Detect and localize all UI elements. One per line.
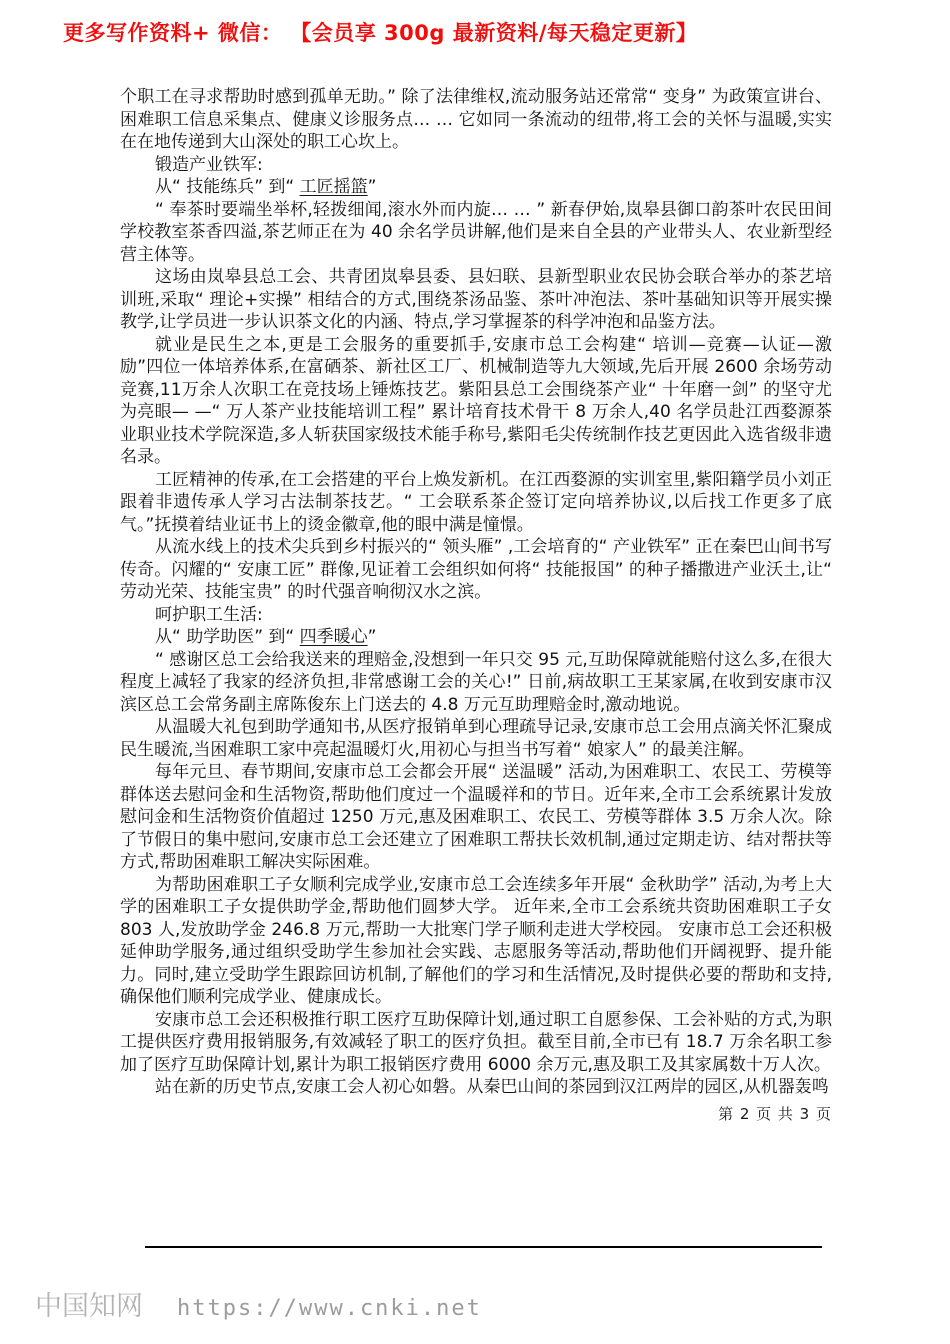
promo-banner-text: 更多写作资料+ 微信： 【会员享 300g 最新资料/每天稳定更新】: [63, 17, 697, 47]
text-run: 站在新的历史节点,安康工会人初心如磐。从秦巴山间的茶园到汉江两岸的园区,从机器轰…: [155, 1077, 829, 1097]
document-body: 个职工在寻求帮助时感到孤单无助。” 除了法律维权,流动服务站还常常“ 变身” 为…: [120, 86, 832, 1099]
text-run: 为帮助困难职工子女顺利完成学业,安康市总工会连续多年开展“ 金秋助学” 活动,为…: [120, 875, 832, 1008]
section-heading: 锻造产业铁军:: [120, 154, 832, 177]
text-run: 锻造产业铁军:: [155, 155, 263, 175]
text-run: 就业是民生之本,更是工会服务的重要抓手,安康市总工会构建“ 培训—竞赛—认证—激…: [120, 335, 832, 468]
body-paragraph: 个职工在寻求帮助时感到孤单无助。” 除了法律维权,流动服务站还常常“ 变身” 为…: [120, 86, 832, 154]
cnki-watermark: 中国知网 https://www.cnki.net: [35, 1284, 482, 1323]
text-run: “ 奉茶时要端坐举杯,轻拨细闻,滚水外而内旋… … ” 新春伊始,岚皋县御口韵茶…: [120, 200, 832, 265]
text-run: ”: [368, 177, 377, 197]
text-run: ”: [368, 627, 377, 647]
text-run: 个职工在寻求帮助时感到孤单无助。” 除了法律维权,流动服务站还常常“ 变身” 为…: [120, 87, 832, 152]
text-run: 呵护职工生活:: [155, 605, 263, 625]
section-heading: 从“ 技能练兵” 到“ 工匠摇篮”: [120, 176, 832, 199]
text-run: 从流水线上的技术尖兵到乡村振兴的“ 领头雁” ,工会培育的“ 产业铁军” 正在秦…: [120, 537, 832, 602]
footer-divider: [145, 1246, 822, 1248]
cnki-logo-text: 中国知网: [35, 1284, 143, 1323]
body-paragraph: 为帮助困难职工子女顺利完成学业,安康市总工会连续多年开展“ 金秋助学” 活动,为…: [120, 874, 832, 1009]
body-paragraph: “ 奉茶时要端坐举杯,轻拨细闻,滚水外而内旋… … ” 新春伊始,岚皋县御口韵茶…: [120, 199, 832, 267]
body-paragraph: 每年元旦、春节期间,安康市总工会都会开展“ 送温暖” 活动,为困难职工、农民工、…: [120, 761, 832, 874]
text-run: 从“ 助学助医” 到“: [155, 627, 300, 647]
document-page: 更多写作资料+ 微信： 【会员享 300g 最新资料/每天稳定更新】 个职工在寻…: [0, 0, 950, 1344]
body-paragraph: “ 感谢区总工会给我送来的理赔金,没想到一年只交 95 元,互助保障就能赔付这么…: [120, 649, 832, 717]
text-run: 工匠精神的传承,在工会搭建的平台上焕发新机。在江西婺源的实训室里,紫阳籍学员小刘…: [120, 470, 832, 535]
text-run: 从“ 技能练兵” 到“: [155, 177, 300, 197]
section-heading: 从“ 助学助医” 到“ 四季暖心”: [120, 626, 832, 649]
body-paragraph: 这场由岚皋县总工会、共青团岚皋县委、县妇联、县新型职业农民协会联合举办的茶艺培训…: [120, 266, 832, 334]
body-paragraph: 从流水线上的技术尖兵到乡村振兴的“ 领头雁” ,工会培育的“ 产业铁军” 正在秦…: [120, 536, 832, 604]
body-paragraph: 工匠精神的传承,在工会搭建的平台上焕发新机。在江西婺源的实训室里,紫阳籍学员小刘…: [120, 469, 832, 537]
body-paragraph: 从温暖大礼包到助学通知书,从医疗报销单到心理疏导记录,安康市总工会用点滴关怀汇聚…: [120, 716, 832, 761]
text-run: 安康市总工会还积极推行职工医疗互助保障计划,通过职工自愿参保、工会补贴的方式,为…: [120, 1010, 832, 1075]
underlined-phrase: 四季暖心: [300, 627, 368, 647]
body-paragraph: 就业是民生之本,更是工会服务的重要抓手,安康市总工会构建“ 培训—竞赛—认证—激…: [120, 334, 832, 469]
text-run: 从温暖大礼包到助学通知书,从医疗报销单到心理疏导记录,安康市总工会用点滴关怀汇聚…: [120, 717, 832, 760]
section-heading: 呵护职工生活:: [120, 604, 832, 627]
body-paragraph: 站在新的历史节点,安康工会人初心如磐。从秦巴山间的茶园到汉江两岸的园区,从机器轰…: [120, 1076, 832, 1099]
page-indicator: 第 2 页 共 3 页: [120, 1103, 832, 1124]
cnki-url: https://www.cnki.net: [177, 1296, 482, 1321]
underlined-phrase: 工匠摇篮: [300, 177, 368, 197]
text-run: 这场由岚皋县总工会、共青团岚皋县委、县妇联、县新型职业农民协会联合举办的茶艺培训…: [120, 267, 832, 332]
text-run: “ 感谢区总工会给我送来的理赔金,没想到一年只交 95 元,互助保障就能赔付这么…: [120, 650, 832, 715]
text-run: 每年元旦、春节期间,安康市总工会都会开展“ 送温暖” 活动,为困难职工、农民工、…: [120, 762, 832, 872]
body-paragraph: 安康市总工会还积极推行职工医疗互助保障计划,通过职工自愿参保、工会补贴的方式,为…: [120, 1009, 832, 1077]
